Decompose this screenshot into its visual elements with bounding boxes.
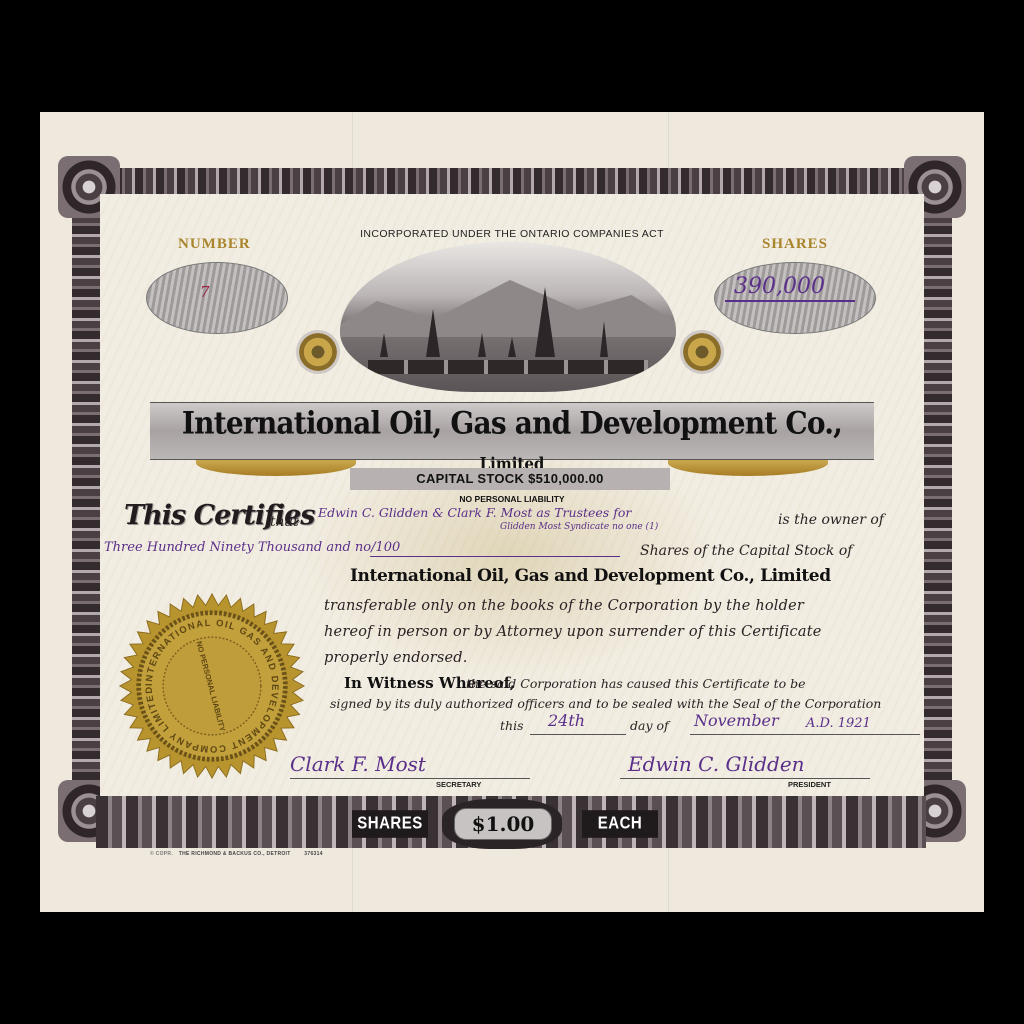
is-owner-text: is the owner of (778, 512, 884, 528)
secretary-signature: Clark F. Most (290, 752, 426, 776)
shares-words-line (370, 556, 620, 557)
bottom-shares-label: SHARES (352, 810, 428, 838)
shares-underline (725, 300, 855, 302)
date-month: November (694, 711, 779, 730)
company-title: International Oil, Gas and Development C… (150, 405, 874, 478)
date-month-line (690, 734, 920, 735)
gold-corporate-seal: INTERNATIONAL OIL GAS AND DEVELOPMENT CO… (118, 592, 306, 780)
witness-text: the said Corporation has caused this Cer… (466, 676, 806, 691)
body-line-2: hereof in person or by Attorney upon sur… (324, 624, 822, 640)
gold-scroll-ornament (680, 330, 724, 374)
mountains (340, 277, 676, 337)
president-signature: Edwin C. Glidden (628, 752, 805, 776)
that-text: that (270, 514, 299, 530)
copyright-mark: © COPR. (150, 851, 173, 857)
shares-in-words: Three Hundred Ninety Thousand and no/100 (104, 540, 400, 555)
printer-imprint: © COPR. THE RICHMOND & BACKUS CO., DETRO… (150, 851, 323, 857)
owner-name: Edwin C. Glidden & Clark F. Most as Trus… (318, 505, 631, 520)
date-this: this (500, 718, 524, 733)
body-line-1: transferable only on the books of the Co… (324, 598, 804, 614)
printer-code: 376314 (304, 851, 323, 857)
witness-line-2: signed by its duly authorized officers a… (330, 696, 881, 711)
shares-count: 390,000 (734, 274, 825, 299)
printer-name: THE RICHMOND & BACKUS CO., DETROIT (179, 851, 291, 857)
shares-label: SHARES (762, 236, 828, 253)
date-year: A.D. 1921 (806, 716, 871, 731)
president-label: PRESIDENT (788, 780, 831, 789)
date-day-line (530, 734, 626, 735)
number-oval (146, 262, 288, 334)
date-day-of: day of (630, 718, 669, 733)
company-name: International Oil, Gas and Development C… (182, 405, 842, 441)
number-label: NUMBER (178, 236, 251, 253)
owner-name-line2: Glidden Most Syndicate no one (1) (500, 522, 658, 532)
incorporation-header: INCORPORATED UNDER THE ONTARIO COMPANIES… (0, 228, 1024, 240)
date-day: 24th (548, 711, 585, 730)
secretary-label: SECRETARY (436, 780, 481, 789)
bottom-each-label: EACH (582, 810, 658, 838)
capital-stock: CAPITAL STOCK $510,000.00 (350, 471, 670, 486)
body-line-3: properly endorsed. (324, 650, 468, 666)
secretary-line (290, 778, 530, 779)
tank-train (368, 360, 648, 374)
gold-scroll-ornament (296, 330, 340, 374)
par-value: $1.00 (454, 808, 552, 840)
company-name-body: International Oil, Gas and Development C… (350, 566, 831, 586)
certificate-number: 7 (200, 283, 210, 301)
shares-of-text: Shares of the Capital Stock of (640, 543, 852, 559)
president-line (620, 778, 870, 779)
